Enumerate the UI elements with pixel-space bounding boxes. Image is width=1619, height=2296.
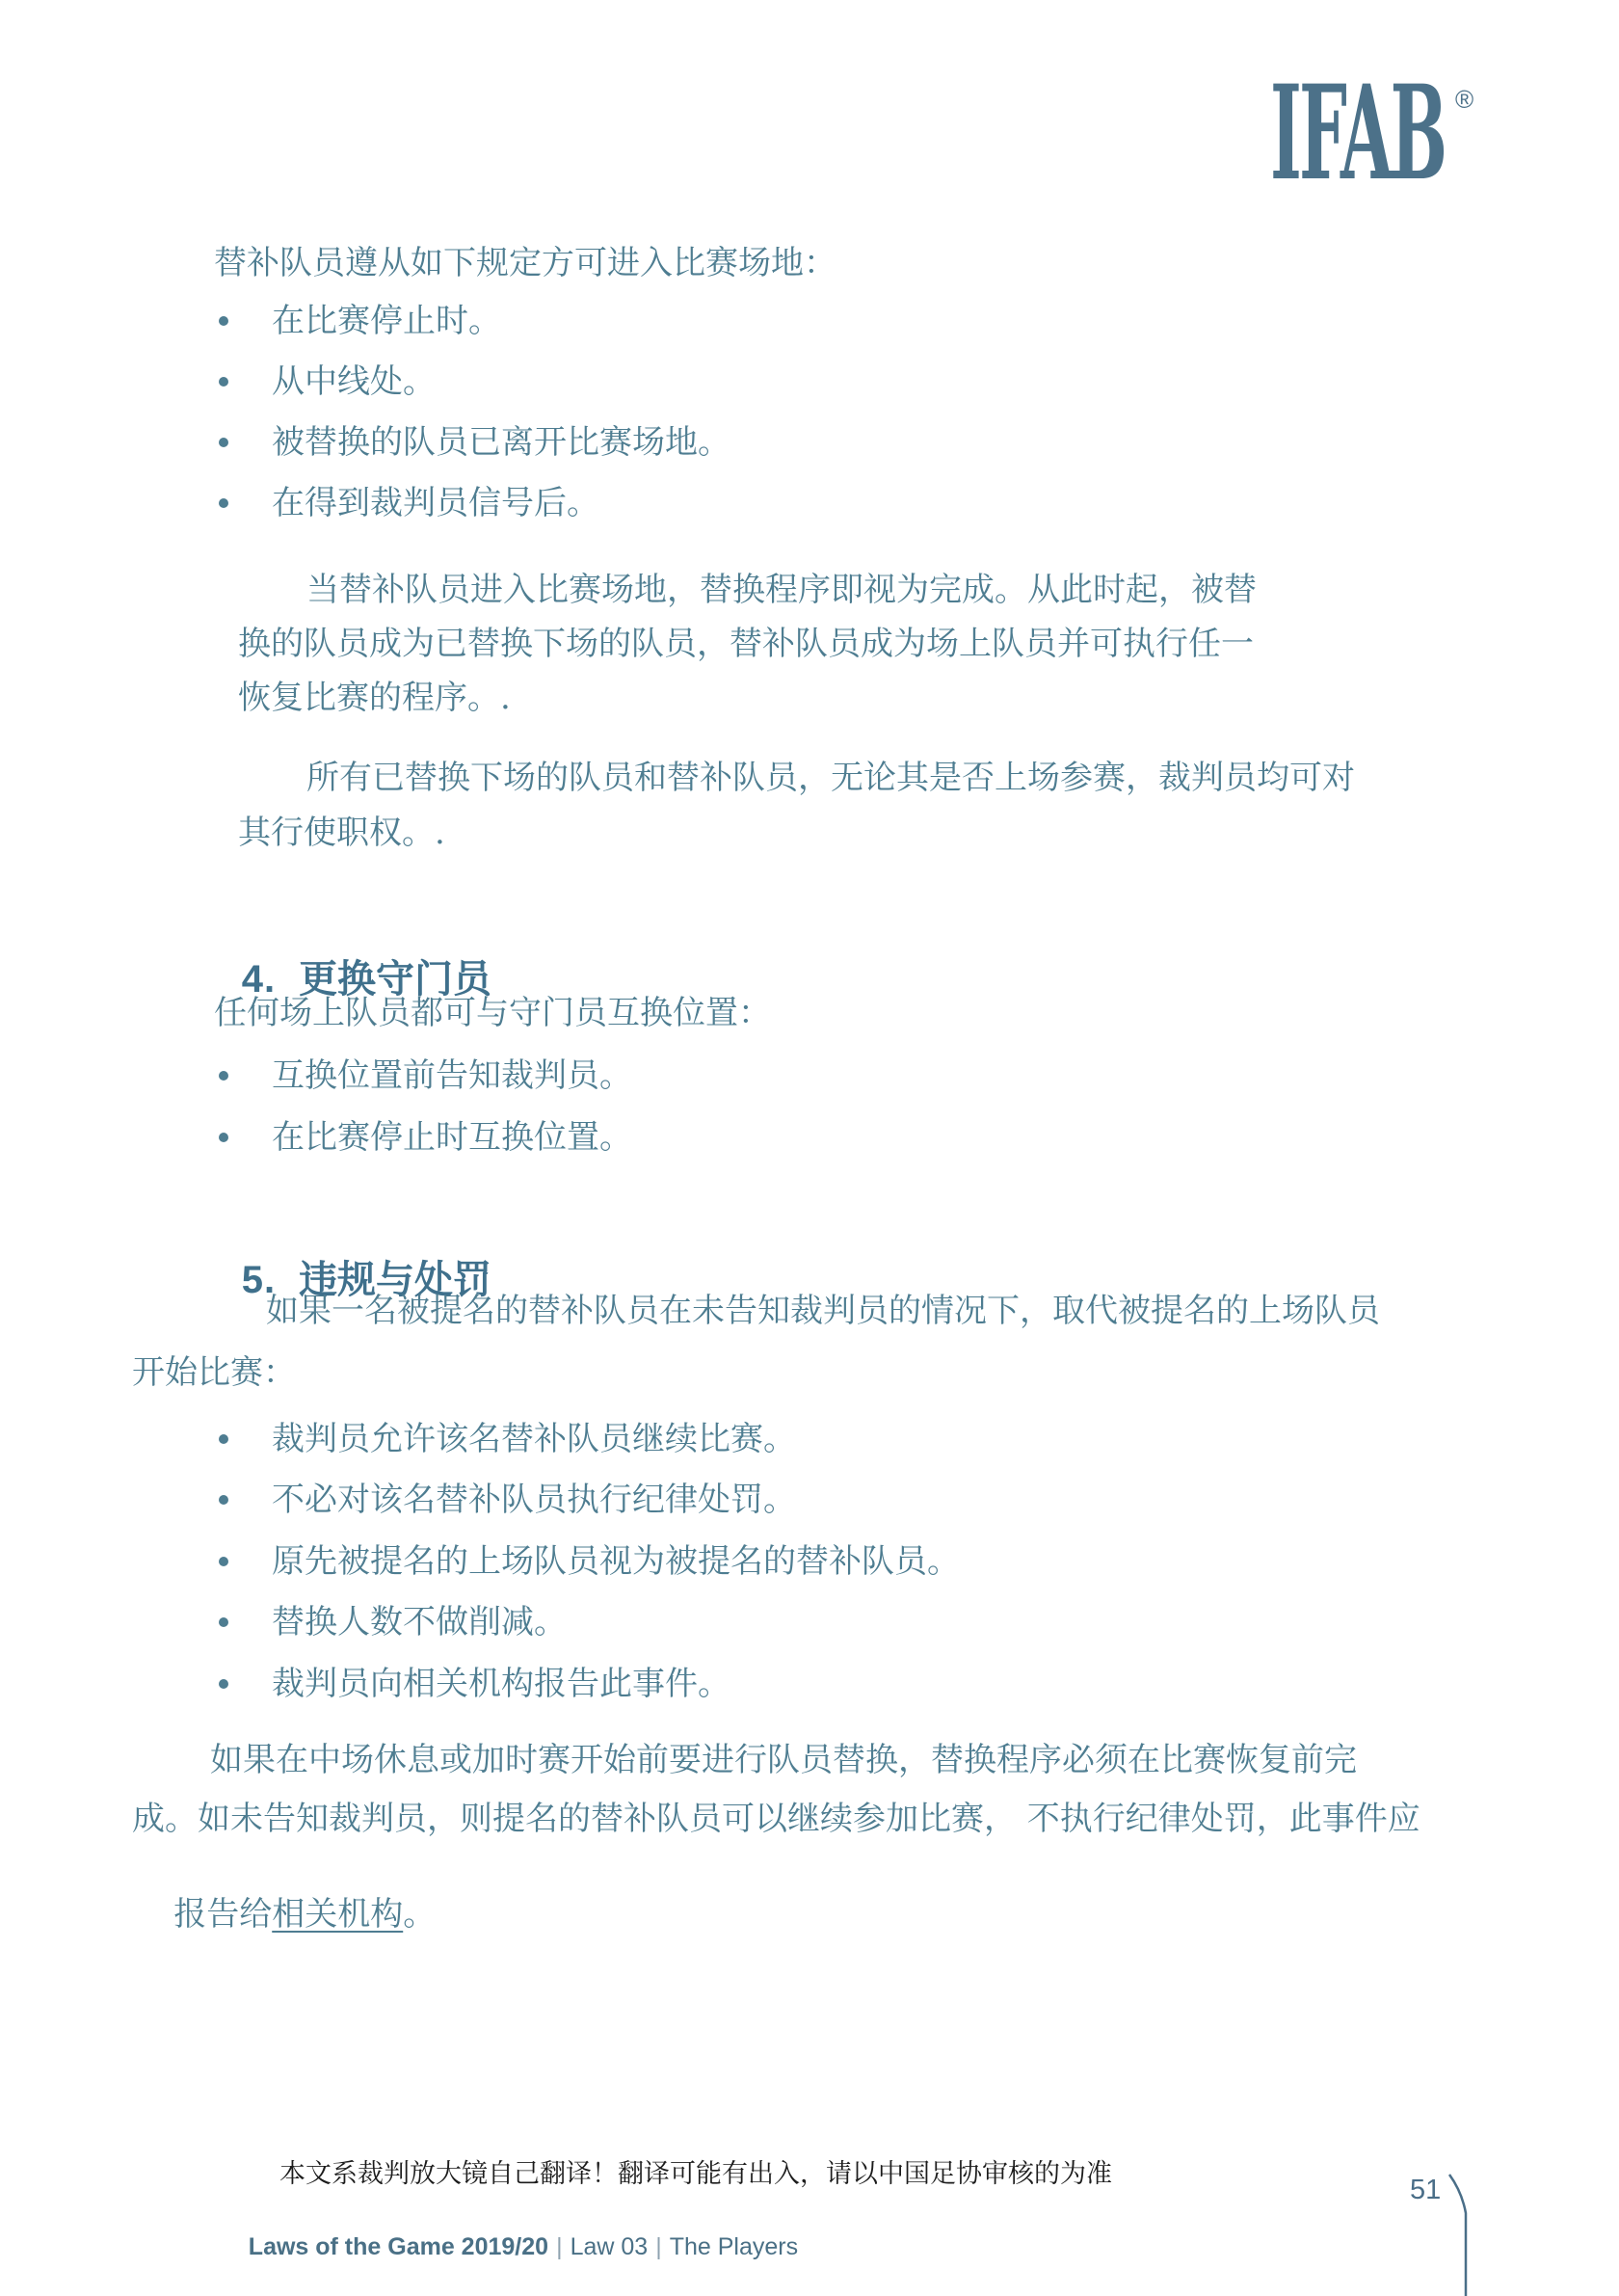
list-item-text: 在比赛停止时互换位置。 [272, 1119, 632, 1157]
paragraph-line: 成。如未告知裁判员，则提名的替补队员可以继续参加比赛， 不执行纪律处罚，此事件应 [132, 1801, 1420, 1838]
list-item: 原先被提名的上场队员视为被提名的替补队员。 [219, 1543, 960, 1581]
registered-trademark-icon: ® [1455, 85, 1473, 115]
bullet-icon [219, 316, 228, 326]
bullet-icon [219, 1133, 228, 1142]
closing-text-post: 。 [403, 1895, 436, 1934]
document-page: IFAB ® 替补队员遵从如下规定方可进入比赛场地： 在比赛停止时。 从中线处。… [0, 0, 1619, 2296]
footer-edition: Laws of the Game 2019/20 [249, 2233, 548, 2260]
list-item: 在得到裁判员信号后。 [219, 485, 599, 522]
list-item: 裁判员允许该名替补队员继续比赛。 [219, 1421, 796, 1458]
paragraph-line: 如果一名被提名的替补队员在未告知裁判员的情况下，取代被提名的上场队员 [266, 1293, 1380, 1330]
footer-separator: | [548, 2233, 571, 2260]
translation-note: 本文系裁判放大镜自己翻译！翻译可能有出入，请以中国足协审核的为准 [279, 2159, 1112, 2189]
list-item: 不必对该名替补队员执行纪律处罚。 [219, 1482, 796, 1519]
bullet-icon [219, 377, 228, 387]
list-item-text: 在比赛停止时。 [272, 303, 501, 340]
bullet-icon [219, 498, 228, 508]
bullet-icon [219, 438, 228, 447]
list-item-text: 裁判员允许该名替补队员继续比赛。 [272, 1421, 796, 1458]
paragraph-line: 当替补队员进入比赛场地，替换程序即视为完成。从此时起，被替 [306, 572, 1257, 609]
bullet-icon [219, 1679, 228, 1689]
list-item-text: 替换人数不做削减。 [272, 1604, 567, 1642]
list-item: 互换位置前告知裁判员。 [219, 1057, 632, 1095]
list-item: 被替换的队员已离开比赛场地。 [219, 424, 730, 462]
paragraph-line: 如果在中场休息或加时赛开始前要进行队员替换，替换程序必须在比赛恢复前完 [210, 1742, 1357, 1779]
list-item-text: 在得到裁判员信号后。 [272, 485, 599, 522]
page-number: 51 [1410, 2175, 1441, 2206]
bullet-icon [219, 1557, 228, 1566]
bullet-icon [219, 1495, 228, 1505]
paragraph-line: 所有已替换下场的队员和替补队员，无论其是否上场参赛，裁判员均可对 [306, 760, 1355, 797]
paragraph-line: 换的队员成为已替换下场的队员，替补队员成为场上队员并可执行任一 [238, 626, 1254, 663]
bullet-icon [219, 1434, 228, 1444]
list-item: 在比赛停止时。 [219, 303, 501, 340]
list-item: 在比赛停止时互换位置。 [219, 1119, 632, 1157]
footer-law: Law 03 [571, 2233, 649, 2260]
list-item-text: 从中线处。 [272, 363, 436, 401]
list-item-text: 不必对该名替补队员执行纪律处罚。 [272, 1482, 796, 1519]
list-item: 裁判员向相关机构报告此事件。 [219, 1666, 730, 1703]
paragraph-line: 报告给相关机构。 [132, 1858, 436, 1971]
bullet-icon [219, 1617, 228, 1627]
paragraph-line: 开始比赛： [132, 1354, 296, 1392]
list-item-text: 原先被提名的上场队员视为被提名的替补队员。 [272, 1543, 960, 1581]
page-edge-curve [1444, 2173, 1473, 2296]
list-item: 从中线处。 [219, 363, 436, 401]
paragraph-line: 其行使职权。. [238, 814, 445, 852]
ifab-logo: IFAB [1270, 67, 1445, 198]
section-4-lead: 任何场上队员都可与守门员互换位置： [214, 995, 771, 1032]
relevant-authority-link[interactable]: 相关机构 [272, 1895, 403, 1934]
closing-text-pre: 报告给 [173, 1895, 272, 1934]
footer-law-title: The Players [670, 2233, 798, 2260]
bullet-icon [219, 1071, 228, 1081]
intro-lead: 替补队员遵从如下规定方可进入比赛场地： [214, 245, 836, 282]
list-item: 替换人数不做削减。 [219, 1604, 567, 1642]
footer-brand-line: Laws of the Game 2019/20|Law 03|The Play… [222, 2205, 798, 2288]
footer-separator: | [648, 2233, 670, 2260]
paragraph-line: 恢复比赛的程序。. [238, 680, 511, 717]
list-item-text: 被替换的队员已离开比赛场地。 [272, 424, 730, 462]
list-item-text: 互换位置前告知裁判员。 [272, 1057, 632, 1095]
list-item-text: 裁判员向相关机构报告此事件。 [272, 1666, 730, 1703]
